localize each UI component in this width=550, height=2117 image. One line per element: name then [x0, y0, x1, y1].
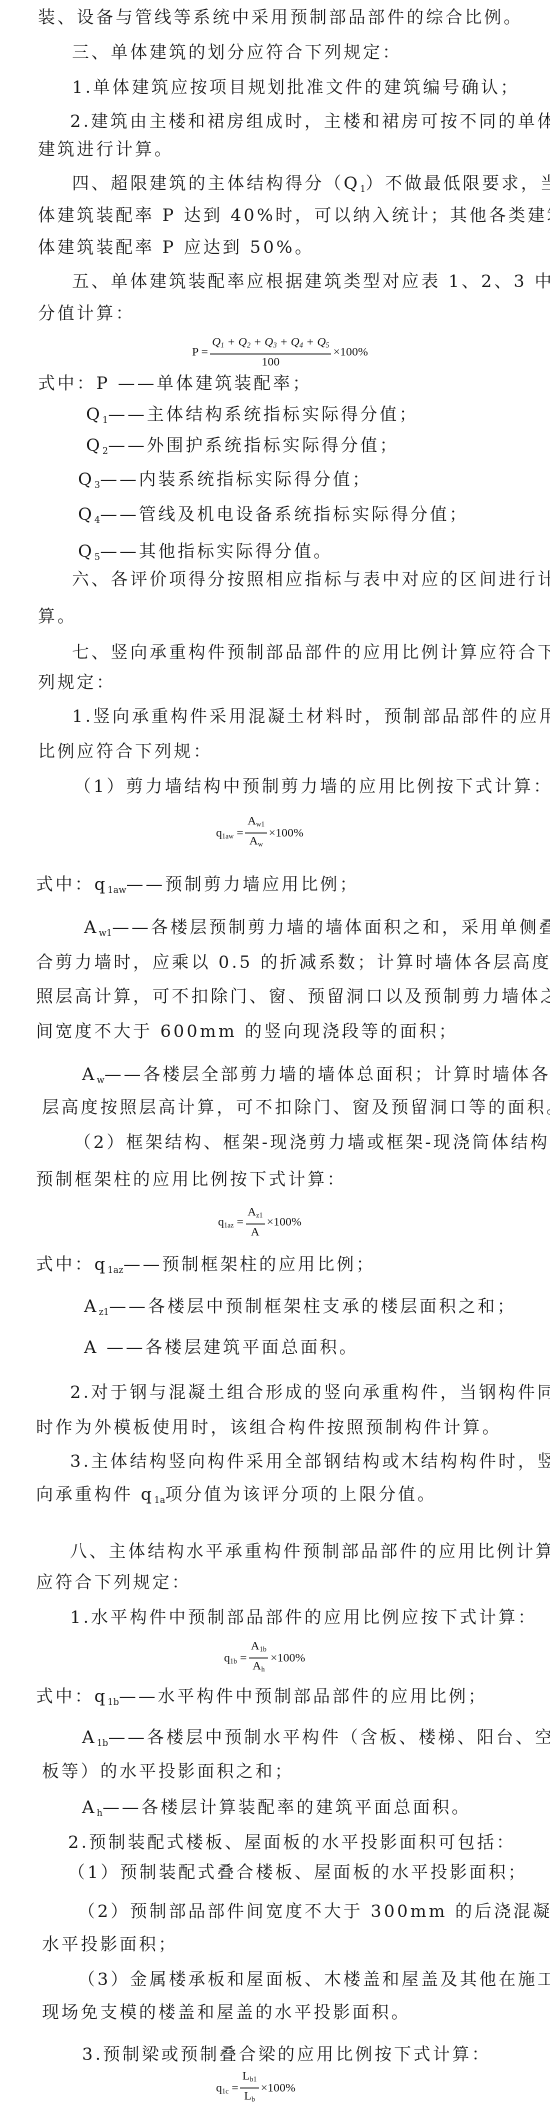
text-line: 三、单体建筑的划分应符合下列规定：: [72, 43, 402, 63]
formula-q1b: q1b = A1b Ah ×100%: [224, 1640, 305, 1677]
formula-lhs: q1az =: [218, 1215, 244, 1230]
text-line: Q4——管线及机电设备系统指标实际得分值；: [78, 505, 469, 531]
denominator: Aw: [249, 834, 263, 852]
text-line: A ——各楼层建筑平面总面积。: [84, 1338, 359, 1358]
formula-tail: ×100%: [333, 345, 368, 360]
text-line: 3.预制梁或预制叠合梁的应用比例按下式计算：: [82, 2045, 491, 2065]
text-line: 水平投影面积；: [42, 1935, 178, 1955]
text-line: 1.单体建筑应按项目规划批准文件的建筑编号确认；: [72, 78, 520, 98]
text-line: 七、竖向承重构件预制部品部件的应用比例计算应符合下: [72, 643, 550, 663]
text-line: Aw——各楼层全部剪力墙的墙体总面积；计算时墙体各: [82, 1065, 550, 1091]
text-line: 1.水平构件中预制部品部件的应用比例应按下式计算：: [70, 1608, 537, 1628]
text-line: 3.主体结构竖向构件采用全部钢结构或木结构构件时，竖: [70, 1452, 550, 1472]
denominator: 100: [262, 355, 280, 369]
text-line: 式中：P ——单体建筑装配率；: [38, 374, 312, 394]
formula-lhs: q1c =: [216, 2081, 238, 2096]
formula-q1aw: q1aw = Aw1 Aw ×100%: [216, 815, 303, 852]
fraction: Q1 + Q2 + Q3 + Q4 + Q5 100: [210, 336, 331, 369]
text-line: （2）预制部品部件间宽度不大于 300mm 的后浇混凝土带: [78, 1902, 550, 1922]
text-line: 预制框架柱的应用比例按下式计算：: [36, 1170, 346, 1190]
numerator: Az1: [246, 1206, 265, 1225]
formula-tail: ×100%: [269, 826, 304, 841]
text-line: Q5——其他指标实际得分值。: [78, 542, 333, 568]
formula-q1az: q1az = Az1 A ×100%: [218, 1206, 302, 1239]
text-line: 时作为外模板使用时，该组合构件按照预制构件计算。: [36, 1418, 502, 1438]
text-line: （1）剪力墙结构中预制剪力墙的应用比例按下式计算：: [74, 777, 550, 797]
text-line: A1b——各楼层中预制水平构件（含板、楼梯、阳台、空调: [82, 1728, 550, 1754]
denominator: A: [251, 1225, 260, 1239]
numerator: Aw1: [245, 815, 266, 834]
formula-lhs: P =: [192, 345, 208, 360]
text-line: 2.建筑由主楼和裙房组成时，主楼和裙房可按不同的单体: [70, 112, 550, 132]
text-line: Ah——各楼层计算装配率的建筑平面总面积。: [82, 1798, 471, 1824]
text-line: 装、设备与管线等系统中采用预制部品部件的综合比例。: [38, 8, 523, 28]
text-line: 比例应符合下列规：: [38, 742, 213, 762]
text-line: 六、各评价项得分按照相应指标与表中对应的区间进行计: [72, 570, 550, 590]
text-line: 2.对于钢与混凝土组合形成的竖向承重构件，当钢构件同: [70, 1383, 550, 1403]
text-line: Az1——各楼层中预制框架柱支承的楼层面积之和；: [84, 1297, 517, 1323]
text-line: 建筑进行计算。: [38, 140, 174, 160]
formula-tail: ×100%: [261, 2081, 296, 2096]
formula-assembly-rate: P = Q1 + Q2 + Q3 + Q4 + Q5 100 ×100%: [192, 336, 368, 369]
numerator: A1b: [249, 1640, 269, 1659]
formula-tail: ×100%: [270, 1651, 305, 1666]
text-line: 合剪力墙时，应乘以 0.5 的折减系数；计算时墙体各层高度按: [36, 953, 550, 973]
fraction: Lb1 Lb: [240, 2070, 258, 2107]
text-line: 式中：q1az——预制框架柱的应用比例；: [36, 1255, 376, 1281]
text-line: 五、单体建筑装配率应根据建筑类型对应表 1、2、3 中的: [72, 272, 550, 292]
denominator: Lb: [244, 2089, 255, 2107]
text-line: Q2——外围护系统指标实际得分值；: [86, 436, 399, 462]
text-line: （2）框架结构、框架-现浇剪力墙或框架-现浇筒体结构中: [74, 1133, 550, 1153]
formula-tail: ×100%: [267, 1215, 302, 1230]
text-line: Q3——内装系统指标实际得分值；: [78, 470, 372, 496]
text-line: Aw1——各楼层预制剪力墙的墙体面积之和，采用单侧叠: [84, 918, 550, 944]
fraction: Aw1 Aw: [245, 815, 266, 852]
formula-lhs: q1aw =: [216, 826, 243, 841]
text-line: Q1——主体结构系统指标实际得分值；: [86, 405, 418, 431]
document-page: 装、设备与管线等系统中采用预制部品部件的综合比例。三、单体建筑的划分应符合下列规…: [0, 0, 550, 2117]
formula-q1c: q1c = Lb1 Lb ×100%: [216, 2070, 296, 2107]
fraction: A1b Ah: [249, 1640, 269, 1677]
text-line: 间宽度不大于 600mm 的竖向现浇段等的面积；: [36, 1022, 458, 1042]
text-line: 体建筑装配率 P 达到 40%时，可以纳入统计；其他各类建筑的单: [38, 206, 550, 226]
text-line: 照层高计算，可不扣除门、窗、预留洞口以及预制剪力墙体之: [36, 987, 550, 1007]
text-line: 四、超限建筑的主体结构得分（Q1）不做最低限要求，当单: [72, 174, 550, 200]
text-line: 现场免支模的楼盖和屋盖的水平投影面积。: [42, 2003, 411, 2023]
formula-lhs: q1b =: [224, 1651, 247, 1666]
text-line: （3）金属楼承板和屋面板、木楼盖和屋盖及其他在施工: [78, 1970, 550, 1990]
numerator: Lb1: [240, 2070, 258, 2089]
text-line: 列规定：: [38, 673, 116, 693]
denominator: Ah: [253, 1659, 265, 1677]
text-line: （1）预制装配式叠合楼板、屋面板的水平投影面积；: [68, 1863, 527, 1883]
text-line: 八、主体结构水平承重构件预制部品部件的应用比例计算: [70, 1542, 550, 1562]
text-line: 应符合下列规定：: [36, 1573, 191, 1593]
text-line: 式中：q1b——水平构件中预制部品部件的应用比例；: [36, 1687, 488, 1713]
text-line: 板等）的水平投影面积之和；: [42, 1762, 294, 1782]
fraction: Az1 A: [246, 1206, 265, 1239]
text-line: 算。: [38, 607, 77, 627]
numerator: Q1 + Q2 + Q3 + Q4 + Q5: [210, 336, 331, 355]
text-line: 层高度按照层高计算，可不扣除门、窗及预留洞口等的面积。: [42, 1098, 550, 1118]
text-line: 分值计算：: [38, 304, 135, 324]
text-line: 1.竖向承重构件采用混凝土材料时，预制部品部件的应用: [72, 707, 550, 727]
text-line: 体建筑装配率 P 应达到 50%。: [38, 238, 314, 258]
text-line: 向承重构件 q1a项分值为该评分项的上限分值。: [36, 1485, 437, 1511]
text-line: 2.预制装配式楼板、屋面板的水平投影面积可包括：: [68, 1833, 516, 1853]
text-line: 式中：q1aw——预制剪力墙应用比例；: [36, 875, 359, 901]
